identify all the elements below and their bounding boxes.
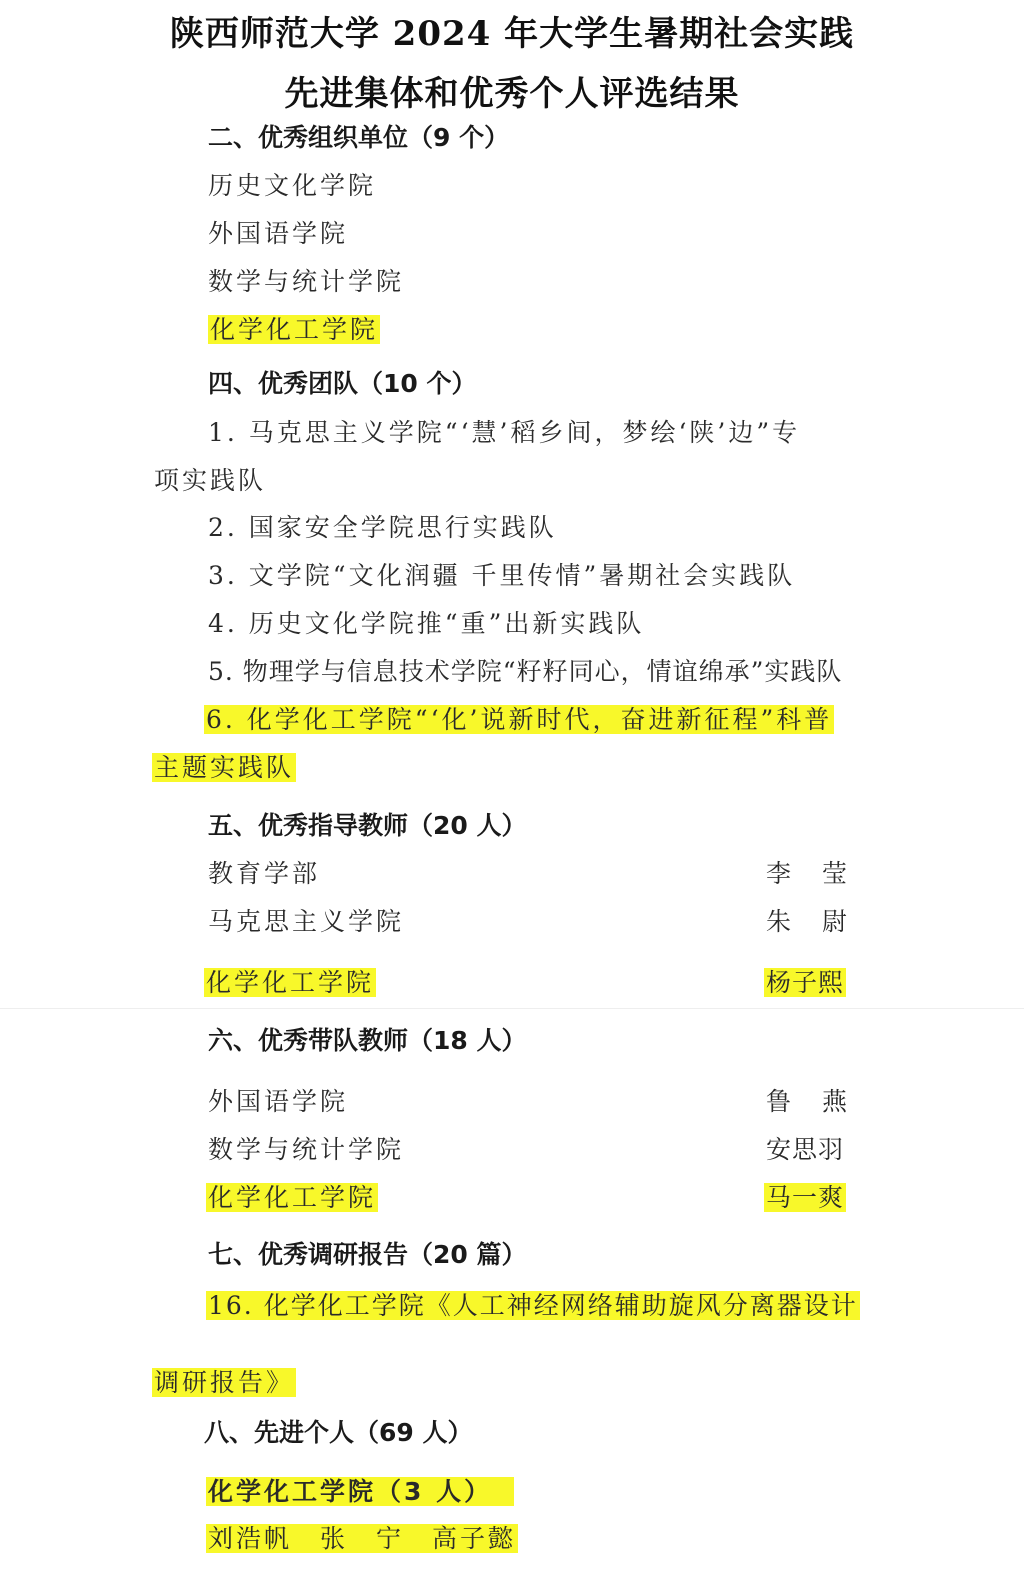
team-item-6-line-1-highlighted: 6. 化学化工学院“‘化’说新时代，奋进新征程”科普 [204,705,834,734]
lead-teacher-college: 外国语学院 [208,1085,348,1119]
report-item-line-1-highlighted: 16. 化学化工学院《人工神经网络辅助旋风分离器设计 [206,1291,860,1320]
org-unit-item-highlighted: 化学化工学院 [208,315,380,344]
section-heading-lead-teachers: 六、优秀带队教师（18 人） [208,1024,527,1058]
document-title-line-1: 陕西师范大学 2024 年大学生暑期社会实践 [0,6,1024,55]
report-item-line-2-highlighted: 调研报告》 [152,1368,296,1397]
org-unit-item: 数学与统计学院 [208,265,404,299]
lead-teacher-name: 鲁 燕 [766,1085,850,1119]
guide-teacher-name-highlighted: 杨子熙 [764,968,846,997]
team-item-1-line-1: 1. 马克思主义学院“‘慧’稻乡间，梦绘‘陕’边”专 [208,416,800,450]
guide-teacher-college: 教育学部 [208,857,320,891]
lead-teacher-name: 安思羽 [766,1133,844,1167]
section-heading-org-units: 二、优秀组织单位（9 个） [208,121,509,155]
team-item-3: 3. 文学院“文化润疆 千里传情”暑期社会实践队 [208,559,795,593]
lead-teacher-name-highlighted: 马一爽 [764,1183,846,1212]
guide-teacher-college-highlighted: 化学化工学院 [204,968,376,997]
guide-teacher-college: 马克思主义学院 [208,905,404,939]
team-item-5: 5. 物理学与信息技术学院“籽籽同心，情谊绵承”实践队 [208,655,842,689]
document-title-line-2: 先进集体和优秀个人评选结果 [0,66,1024,115]
org-unit-item: 历史文化学院 [208,169,376,203]
org-unit-item: 外国语学院 [208,217,348,251]
section-heading-individuals: 八、先进个人（69 人） [204,1416,473,1450]
team-item-6-line-2-highlighted: 主题实践队 [152,753,296,782]
individuals-college-highlighted: 化学化工学院（3 人） [206,1477,514,1506]
team-item-1-line-2: 项实践队 [154,464,266,498]
lead-teacher-college: 数学与统计学院 [208,1133,404,1167]
section-heading-reports: 七、优秀调研报告（20 篇） [208,1238,527,1272]
page-divider [0,1008,1024,1009]
individuals-names-highlighted: 刘浩帆 张 宁 高子懿 [206,1524,518,1553]
guide-teacher-name: 李 莹 [766,857,850,891]
section-heading-teams: 四、优秀团队（10 个） [208,367,477,401]
guide-teacher-name: 朱 尉 [766,905,850,939]
section-heading-guide-teachers: 五、优秀指导教师（20 人） [208,809,527,843]
team-item-2: 2. 国家安全学院思行实践队 [208,511,557,545]
lead-teacher-college-highlighted: 化学化工学院 [206,1183,378,1212]
team-item-4: 4. 历史文化学院推“重”出新实践队 [208,607,644,641]
